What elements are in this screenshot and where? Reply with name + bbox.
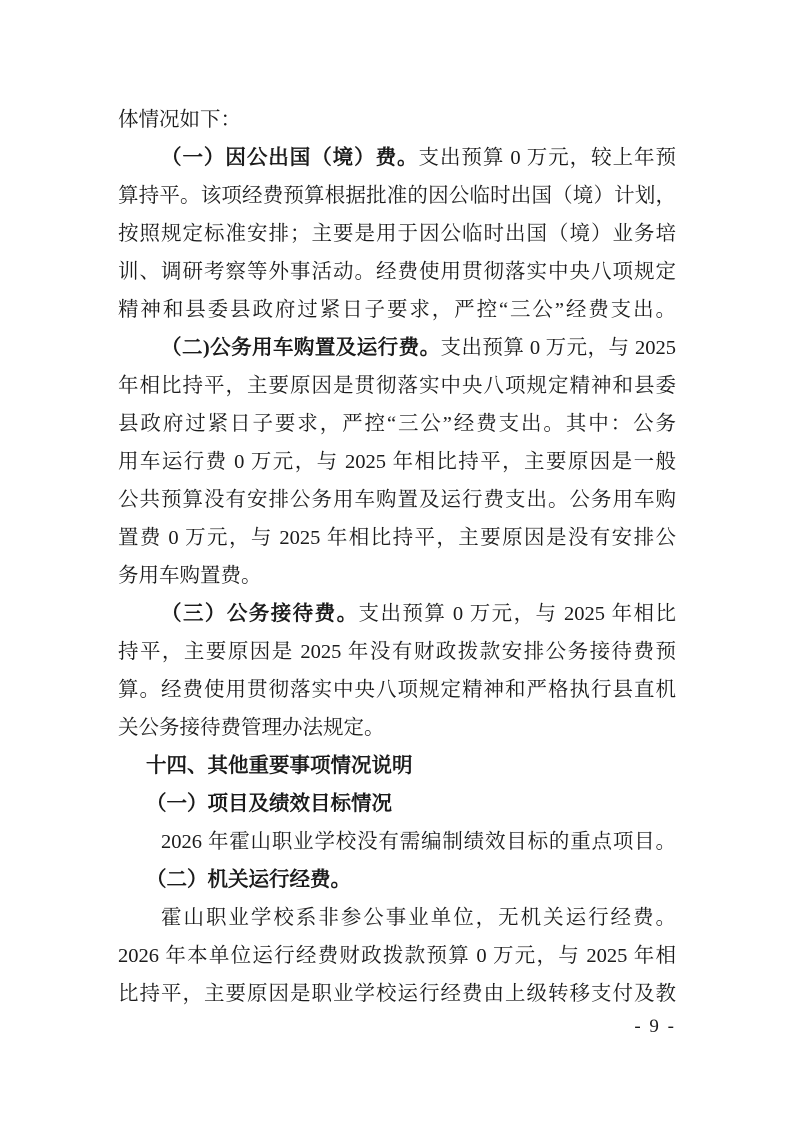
para-project-performance: 2026 年霍山职业学校没有需编制绩效目标的重点项目。 [118,823,676,861]
text-line: （二)公务用车购置及运行费。支出预算 0 万元，与 2025 [118,329,676,367]
heading-agency-operating-expense: （二）机关运行经费。 [118,861,676,899]
text-run: 2026 年本单位运行经费财政拨款预算 0 万元，与 2025 年相 [118,945,676,967]
para-reception-expense: （三）公务接待费。支出预算 0 万元，与 2025 年相比持平，主要原因是 20… [118,595,676,747]
text-line: （一）项目及绩效目标情况 [118,785,676,823]
text-line: 年相比持平，主要原因是贯彻落实中央八项规定精神和县委 [118,367,676,405]
para-vehicle-expense: （二)公务用车购置及运行费。支出预算 0 万元，与 2025年相比持平，主要原因… [118,329,676,595]
text-line: 2026 年霍山职业学校没有需编制绩效目标的重点项目。 [118,823,676,861]
bold-text-run: 十四、其他重要事项情况说明 [146,754,413,777]
text-run: 关公务接待费管理办法规定。 [118,717,385,739]
text-run: 体情况如下： [118,109,241,131]
text-run: 精神和县委县政府过紧日子要求，严控“三公”经费支出。 [118,299,676,321]
bold-text-run: （三）公务接待费。 [161,603,359,625]
text-run: 训、调研考察等外事活动。经费使用贯彻落实中央八项规定 [118,261,676,283]
text-line: 持平，主要原因是 2025 年没有财政拨款安排公务接待费预 [118,633,676,671]
para-abroad-expense: （一）因公出国（境）费。支出预算 0 万元，较上年预算持平。该项经费预算根据批准… [118,139,676,329]
text-run: 置费 0 万元，与 2025 年相比持平，主要原因是没有安排公 [118,527,676,549]
document-body: 体情况如下：（一）因公出国（境）费。支出预算 0 万元，较上年预算持平。该项经费… [118,101,676,1013]
text-line: （三）公务接待费。支出预算 0 万元，与 2025 年相比 [118,595,676,633]
text-run: 支出预算 0 万元，与 2025 [441,337,676,359]
document-page: 体情况如下：（一）因公出国（境）费。支出预算 0 万元，较上年预算持平。该项经费… [0,0,794,1122]
text-run: 算持平。该项经费预算根据批准的因公临时出国（境）计划， [118,185,676,207]
text-line: 体情况如下： [118,101,676,139]
bold-text-run: （一）项目及绩效目标情况 [146,792,392,815]
text-line: （二）机关运行经费。 [118,861,676,899]
text-line: 比持平，主要原因是职业学校运行经费由上级转移支付及教 [118,975,676,1013]
text-run: 比持平，主要原因是职业学校运行经费由上级转移支付及教 [118,983,676,1005]
para-intro-continuation: 体情况如下： [118,101,676,139]
text-run: 用车运行费 0 万元，与 2025 年相比持平，主要原因是一般 [118,451,676,473]
text-line: 十四、其他重要事项情况说明 [118,747,676,785]
text-line: 关公务接待费管理办法规定。 [118,709,676,747]
text-line: 县政府过紧日子要求，严控“三公”经费支出。其中：公务 [118,405,676,443]
text-line: 算。经费使用贯彻落实中央八项规定精神和严格执行县直机 [118,671,676,709]
text-run: 算。经费使用贯彻落实中央八项规定精神和严格执行县直机 [118,679,676,701]
text-run: 务用车购置费。 [118,565,262,587]
text-run: 支出预算 0 万元，较上年预 [419,147,677,169]
text-line: 2026 年本单位运行经费财政拨款预算 0 万元，与 2025 年相 [118,937,676,975]
text-run: 2026 年霍山职业学校没有需编制绩效目标的重点项目。 [161,831,676,853]
text-line: 按照规定标准安排；主要是用于因公临时出国（境）业务培 [118,215,676,253]
text-line: （一）因公出国（境）费。支出预算 0 万元，较上年预 [118,139,676,177]
text-run: 年相比持平，主要原因是贯彻落实中央八项规定精神和县委 [118,375,676,397]
heading-project-performance: （一）项目及绩效目标情况 [118,785,676,823]
text-run: 按照规定标准安排；主要是用于因公临时出国（境）业务培 [118,223,676,245]
text-run: 霍山职业学校系非参公事业单位，无机关运行经费。 [161,907,676,929]
text-line: 用车运行费 0 万元，与 2025 年相比持平，主要原因是一般 [118,443,676,481]
text-line: 精神和县委县政府过紧日子要求，严控“三公”经费支出。 [118,291,676,329]
para-agency-operating-expense: 霍山职业学校系非参公事业单位，无机关运行经费。2026 年本单位运行经费财政拨款… [118,899,676,1013]
bold-text-run: （二)公务用车购置及运行费。 [161,337,441,359]
text-line: 置费 0 万元，与 2025 年相比持平，主要原因是没有安排公 [118,519,676,557]
text-line: 公共预算没有安排公务用车购置及运行费支出。公务用车购 [118,481,676,519]
text-run: 持平，主要原因是 2025 年没有财政拨款安排公务接待费预 [118,641,676,663]
text-line: 算持平。该项经费预算根据批准的因公临时出国（境）计划， [118,177,676,215]
page-number: - 9 - [118,1013,676,1041]
text-run: 支出预算 0 万元，与 2025 年相比 [359,603,676,625]
text-line: 务用车购置费。 [118,557,676,595]
text-run: 公共预算没有安排公务用车购置及运行费支出。公务用车购 [118,489,676,511]
text-line: 霍山职业学校系非参公事业单位，无机关运行经费。 [118,899,676,937]
bold-text-run: （一）因公出国（境）费。 [161,147,419,169]
text-run: 县政府过紧日子要求，严控“三公”经费支出。其中：公务 [118,413,676,435]
heading-section-14: 十四、其他重要事项情况说明 [118,747,676,785]
bold-text-run: （二）机关运行经费。 [146,868,351,891]
text-line: 训、调研考察等外事活动。经费使用贯彻落实中央八项规定 [118,253,676,291]
